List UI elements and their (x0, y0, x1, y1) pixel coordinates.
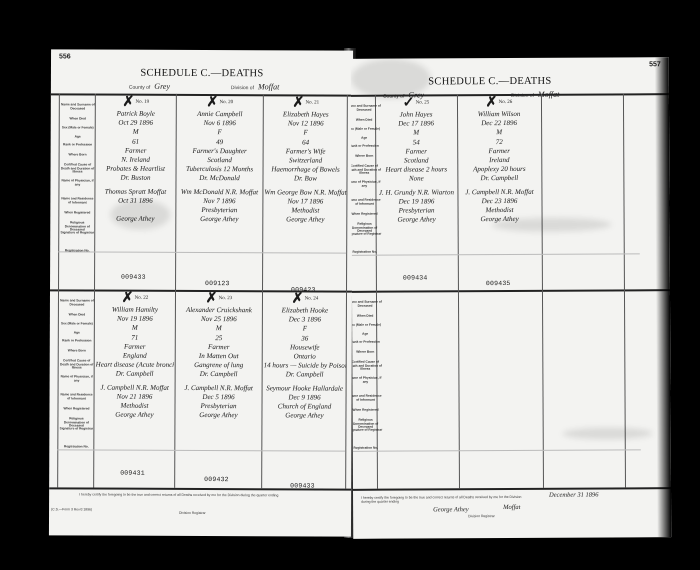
entry-religion: Methodist (460, 206, 540, 216)
grid-line (57, 449, 345, 451)
check-icon: ✗ (292, 96, 304, 111)
row-label: Age (60, 331, 94, 335)
entry-checkmark: ✗ No. 20 (179, 96, 261, 110)
entry-cause: Tuberculosis 12 Months (179, 165, 261, 175)
stain (492, 217, 612, 232)
row-label: Certified Cause of Death and Duration of… (61, 163, 95, 174)
entry-number: No. 21 (304, 100, 319, 105)
row-label: Rank or Profession (61, 143, 95, 147)
row-label: When Died (351, 315, 382, 319)
county-value: Grey (154, 82, 170, 91)
entry-date-of-death: Nov 19 1896 (96, 315, 174, 325)
entry-age: 25 (178, 334, 260, 344)
footer-sign-label: Division Registrar (179, 511, 206, 515)
entry-physician: None (377, 175, 455, 185)
row-label: Name and Surname of Deceased (61, 103, 95, 110)
row-label: When Registered (351, 409, 383, 413)
entry-rank: Housewife (264, 343, 346, 353)
check-icon: ✗ (206, 291, 218, 306)
entry-name: William Hamilty (96, 306, 174, 316)
footer-date: December 31 1896 (549, 492, 599, 499)
row-label: When Registered (59, 407, 93, 411)
row-label: Signature of Registrar (60, 231, 94, 235)
entry-sex: F (179, 128, 261, 138)
entry-physician: Dr. Buston (96, 174, 174, 184)
certificate-number: 009123 (205, 280, 230, 287)
row-label: Name and Residence of Informant (60, 197, 94, 204)
row-label: Name of Physician, if any (351, 377, 383, 384)
entry-informant: J. Campbell N.R. Moffat (459, 187, 539, 197)
row-label: Name and Surname of Deceased (351, 301, 382, 308)
row-label: When Died (61, 117, 95, 121)
entry-age: 71 (96, 333, 174, 343)
row-label: Sex (Male or Female) (60, 322, 94, 326)
division-field: Division ofMoffat (231, 82, 279, 91)
certificate-number: 009435 (486, 280, 511, 287)
entry-name: Alexander Cruickshank (178, 306, 260, 316)
county-field: County ofGrey (129, 82, 170, 91)
entry-checkmark: ✗ No. 23 (178, 292, 260, 306)
entry-rank: Farmer (459, 147, 539, 157)
entry-date-of-death: Nov 12 1896 (265, 119, 347, 129)
entry-religion: Methodist (264, 206, 346, 216)
entry-religion: Presbyterian (177, 402, 259, 412)
row-label: Where Born (351, 351, 383, 355)
entry-age: 64 (265, 138, 347, 148)
death-entry: ✗ No. 20Annie CampbellNov 6 1896F49Farme… (178, 96, 261, 225)
entry-informant: J. Campbell N.R. Moffat (178, 384, 260, 394)
entry-number: No. 23 (217, 296, 232, 301)
death-entry: ✗ No. 23Alexander CruickshankNov 25 1896… (177, 292, 260, 421)
entry-religion: Presbyterian (378, 206, 456, 216)
entry-informant: Thomas Spratt Moffat (96, 187, 174, 197)
entry-age: 49 (179, 138, 261, 148)
entry-sex: M (459, 128, 539, 138)
entry-birthplace: In Matten Out (178, 352, 260, 362)
row-label: When Registered (60, 211, 94, 215)
entry-birthplace: Ireland (459, 156, 539, 166)
entry-registrar: George Athey (178, 215, 260, 225)
entry-religion: Presbyterian (178, 206, 260, 216)
certificate-number: 009433 (121, 274, 146, 281)
footer-certification: I hereby certify the foregoing to be the… (79, 492, 309, 497)
footer-division: Moffat (503, 504, 520, 511)
entry-age: 54 (377, 138, 455, 148)
row-label: Rank or Profession (60, 339, 94, 343)
certificate-number: 009432 (204, 476, 229, 483)
row-label: Name and Residence of Informant (60, 393, 94, 400)
entry-sex: M (96, 324, 174, 334)
entry-checkmark: ✗ No. 22 (96, 292, 174, 306)
footer-rule (353, 487, 671, 490)
entry-cause: Probates & Heartlist (97, 165, 175, 175)
row-label: Rank or Profession (351, 341, 382, 345)
row-label: Where Born (60, 349, 94, 353)
check-icon: ✗ (292, 292, 304, 307)
entry-registered-date: Dec 23 1896 (459, 197, 539, 207)
footer-certification: I hereby certify the foregoing to be the… (361, 495, 531, 504)
check-icon: ✓ (403, 96, 415, 111)
entry-date-of-death: Dec 17 1896 (377, 119, 455, 129)
entry-number: No. 24 (303, 296, 318, 301)
entry-checkmark: ✗ No. 19 (97, 96, 175, 110)
certificate-number: 009433 (290, 482, 315, 489)
entry-name: Annie Campbell (179, 110, 261, 120)
entry-physician: Dr. Bow (264, 175, 346, 185)
footer-registrar-signature: George Athey (433, 506, 469, 513)
entry-rank: Farmer (178, 343, 260, 353)
entry-physician: Dr. Campbell (178, 370, 260, 380)
entry-registered-date: Dec 19 1896 (377, 197, 455, 207)
left-page: 556 SCHEDULE C.—DEATHS County ofGrey Div… (49, 49, 353, 536)
entry-registered-date: Nov 17 1896 (264, 197, 346, 207)
row-label: Age (61, 135, 95, 139)
entry-sex: M (377, 129, 455, 139)
entry-number: No. 26 (497, 100, 512, 105)
death-entry: ✗ No. 22William HamiltyNov 19 1896M71Far… (95, 292, 174, 421)
check-icon: ✗ (122, 291, 134, 306)
entry-number: No. 25 (414, 100, 429, 105)
entry-rank: Farmer (97, 146, 175, 156)
entry-cause: Apoplexy 20 hours (459, 165, 539, 175)
row-label: When Died (60, 313, 94, 317)
division-label: Division of (231, 85, 254, 91)
row-label: Name and Residence of Informant (351, 395, 383, 402)
row-label: Signature of Registrar (59, 427, 93, 431)
row-label: Registration No. (351, 251, 382, 255)
entry-birthplace: England (96, 352, 174, 362)
entry-number: No. 19 (134, 100, 149, 105)
entry-rank: Farmer (377, 147, 455, 157)
entry-sex: M (97, 128, 175, 138)
entry-sex: F (264, 325, 346, 335)
row-label: Signature of Registrar (351, 233, 382, 237)
death-entry: ✓ No. 25John HayesDec 17 1896M54FarmerSc… (377, 96, 456, 225)
entry-cause: Gangrene of lung (178, 361, 260, 371)
row-label: Name and Surname of Deceased (60, 299, 94, 306)
form-code: (C.S.—Form 3 Rev'd 1896) (51, 507, 92, 511)
row-label: Certified Cause of Death and Duration of… (351, 361, 383, 372)
entry-birthplace: Scotland (377, 156, 455, 166)
entry-religion: Methodist (95, 402, 173, 412)
check-icon: ✗ (206, 95, 218, 110)
entry-registrar: George Athey (264, 216, 346, 226)
death-entry: ✗ No. 24Elizabeth HookeDec 3 1896F36Hous… (263, 292, 346, 421)
row-label: Age (351, 333, 382, 337)
entry-rank: Farmer's Wife (265, 147, 347, 157)
check-icon: ✗ (486, 95, 498, 110)
entry-registrar: George Athey (95, 411, 173, 421)
grid-line (353, 449, 641, 452)
entry-informant: Wm George Bow N.R. Moffat (264, 188, 346, 198)
page-edge-shadow (655, 57, 672, 537)
schedule-title: SCHEDULE C.—DEATHS (51, 67, 353, 79)
division-value: Moffat (258, 82, 279, 91)
entry-date-of-death: Dec 22 1896 (459, 119, 539, 129)
entry-name: Elizabeth Hooke (264, 306, 346, 316)
entry-number: No. 22 (133, 296, 148, 301)
entry-registered-date: Nov 7 1896 (178, 197, 260, 207)
entry-cause: Heart disease 2 hours (377, 166, 455, 176)
entry-name: Elizabeth Hayes (265, 110, 347, 120)
entry-cause: 14 hours — Suicide by Poison (strychnine… (264, 361, 346, 371)
entry-birthplace: N. Ireland (97, 156, 175, 166)
entry-name: John Hayes (377, 110, 455, 120)
section-rule (352, 289, 670, 292)
entry-checkmark: ✗ No. 21 (265, 96, 347, 110)
entry-rank: Farmer's Daughter (179, 147, 261, 157)
entry-informant: Wm McDonald N.R. Moffat (178, 188, 260, 198)
entry-birthplace: Scotland (179, 156, 261, 166)
county-label: County of (129, 85, 150, 91)
entry-registrar: George Athey (378, 216, 456, 226)
entry-name: Patrick Boyle (97, 110, 175, 120)
grid-line (58, 251, 346, 253)
stain (351, 58, 431, 98)
entry-date-of-death: Oct 29 1896 (97, 119, 175, 129)
entry-physician: Dr. Campbell (459, 174, 539, 184)
entry-cause: Haemorrhage of Bowels (265, 165, 347, 175)
entry-checkmark: ✗ No. 26 (459, 96, 539, 110)
entry-sex: F (265, 129, 347, 139)
footer-sign-label: Division Registrar (468, 514, 495, 518)
row-label: Name of Physician, if any (60, 179, 94, 186)
certificate-number: 009434 (403, 274, 428, 281)
entry-registrar: George Athey (263, 412, 345, 422)
entry-cause: Heart disease (Acute bronchitis) (96, 361, 174, 371)
entry-age: 61 (97, 137, 175, 147)
row-label: Sex (Male or Female) (351, 324, 382, 328)
entry-sex: M (178, 324, 260, 334)
entry-birthplace: Ontario (264, 352, 346, 362)
row-label: Registration No. (351, 447, 383, 451)
entry-informant: J. H. Grundy N.R. Wiarton (377, 188, 455, 198)
entry-date-of-death: Dec 3 1896 (264, 315, 346, 325)
page-number: 556 (59, 53, 71, 60)
stain (110, 200, 170, 230)
entry-registered-date: Dec 5 1896 (178, 393, 260, 403)
entry-physician: Dr. McDonald (178, 174, 260, 184)
entry-religion: Church of England (263, 402, 345, 412)
stain (563, 427, 653, 439)
entry-age: 72 (459, 137, 539, 147)
entry-physician: Dr. Campbell (264, 371, 346, 381)
death-entry: ✗ No. 21Elizabeth HayesNov 12 1896F64Far… (264, 96, 347, 225)
entry-date-of-death: Nov 6 1896 (179, 119, 261, 129)
entry-age: 36 (264, 334, 346, 344)
certificate-number: 009431 (120, 470, 145, 477)
row-label: Registration No. (60, 249, 94, 253)
row-label: Certified Cause of Death and Duration of… (60, 359, 94, 370)
entry-physician: Dr. Campbell (96, 370, 174, 380)
entry-informant: Seymour Hooke Hallardale (264, 384, 346, 394)
row-label: Where Born (61, 153, 95, 157)
entry-name: William Wilson (459, 110, 539, 120)
entry-date-of-death: Nov 25 1896 (178, 315, 260, 325)
entry-number: No. 20 (218, 100, 233, 105)
row-label: Signature of Registrar (351, 429, 383, 433)
entry-rank: Farmer (96, 342, 174, 352)
row-label: Registration No. (59, 445, 93, 449)
entry-informant: J. Campbell N.R. Moffat (96, 383, 174, 393)
grid-line (352, 253, 640, 256)
entry-registered-date: Nov 21 1896 (96, 392, 174, 402)
death-entry: ✗ No. 26William WilsonDec 22 1896M72Farm… (459, 96, 540, 225)
entry-registered-date: Dec 9 1896 (264, 393, 346, 403)
check-icon: ✗ (122, 95, 134, 110)
row-label: Sex (Male or Female) (61, 126, 95, 130)
row-label: Name of Physician, if any (60, 375, 94, 382)
entry-checkmark: ✗ No. 24 (264, 292, 346, 306)
right-page: 557 SCHEDULE C.—DEATHS County ofGrey Div… (351, 57, 672, 539)
entry-birthplace: Switzerland (265, 156, 347, 166)
entry-registrar: George Athey (177, 411, 259, 421)
